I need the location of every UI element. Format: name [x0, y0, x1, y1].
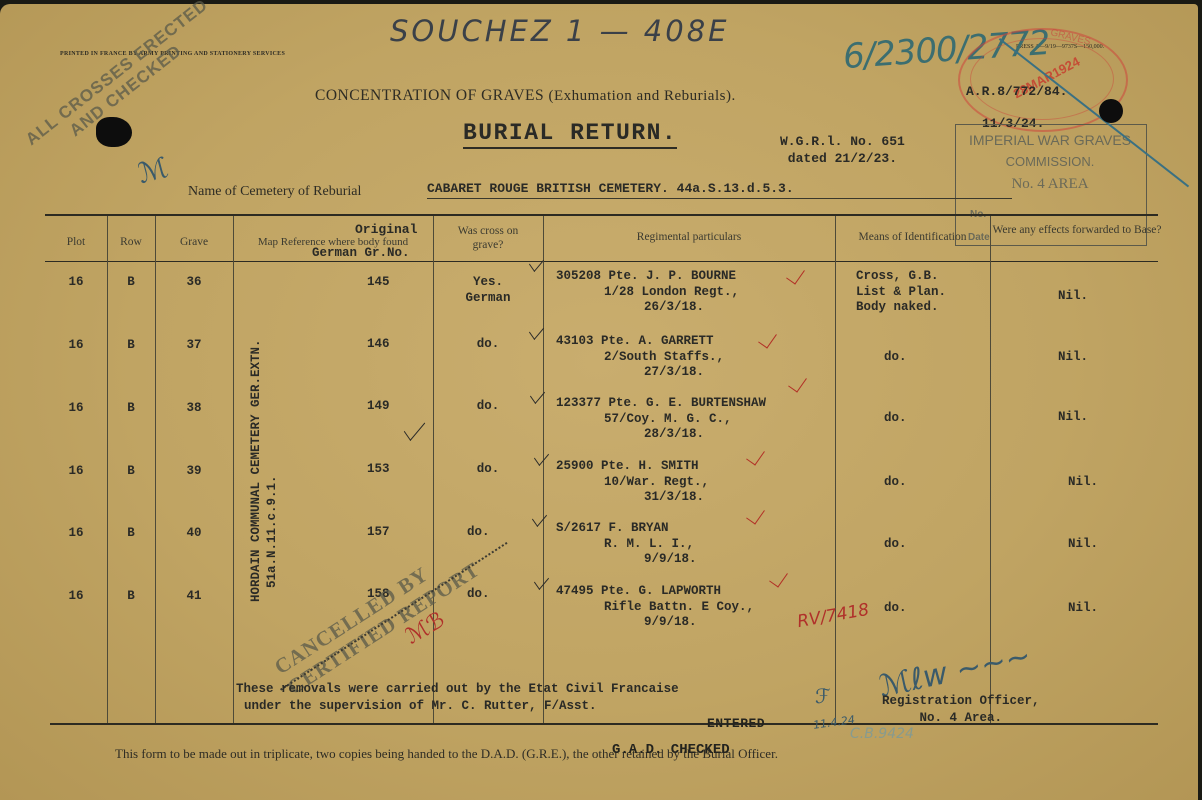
- red-tick-icon: [746, 445, 765, 465]
- map-reference-vertical: HORDAIN COMMUNAL CEMETERY GER.EXTN. 51a.…: [248, 339, 280, 602]
- soldier-name: 25900 Pte. H. SMITH: [556, 459, 709, 475]
- soldier-date: 9/9/18.: [556, 615, 754, 631]
- map-reference-cemetery: HORDAIN COMMUNAL CEMETERY GER.EXTN.: [248, 339, 264, 602]
- cross-cell: Yes. German: [443, 274, 533, 306]
- regimental-cell: S/2617 F. BRYAN R. M. L. I., 9/9/18.: [556, 521, 697, 568]
- column-header-plot: Plot: [45, 235, 107, 249]
- burial-return-document: PRINTED IN FRANCE BY ARMY PRINTING AND S…: [0, 4, 1198, 800]
- soldier-unit: 2/South Staffs.,: [556, 350, 724, 366]
- red-tick-icon: [746, 504, 765, 524]
- handwritten-location: SOUCHEZ 1 — 408E: [390, 14, 730, 48]
- form-title: CONCENTRATION OF GRAVES (Exhumation and …: [315, 87, 736, 105]
- identification-cell: do.: [884, 536, 907, 552]
- document-title: BURIAL RETURN.: [463, 120, 677, 149]
- identification-cell: Cross, G.B. List & Plan. Body naked.: [856, 269, 946, 316]
- grave-cell: 37: [155, 337, 233, 353]
- red-tick-icon: [788, 372, 807, 392]
- form-title-main: CONCENTRATION OF GRAVES: [315, 87, 544, 104]
- iwgc-stamp-line-2: COMMISSION.: [960, 154, 1140, 169]
- red-handwritten-reference: RV/7418: [796, 600, 871, 632]
- identification-cell: do.: [884, 410, 907, 426]
- plot-cell: 16: [45, 525, 107, 541]
- entered-stamp: ENTERED: [707, 716, 765, 731]
- column-header-grave: Grave: [155, 235, 233, 249]
- effects-cell: Nil.: [1058, 349, 1088, 365]
- column-header-identification: Means of Identification: [835, 230, 990, 244]
- initials-signature: ℳ: [134, 151, 171, 191]
- plot-cell: 16: [45, 337, 107, 353]
- row-cell: B: [107, 337, 155, 353]
- regimental-cell: 43103 Pte. A. GARRETT 2/South Staffs., 2…: [556, 334, 724, 381]
- column-header-regimental: Regimental particulars: [543, 230, 835, 244]
- soldier-date: 27/3/18.: [556, 365, 724, 381]
- form-title-sub: (Exhumation and Reburials).: [548, 88, 735, 104]
- signatory-title: Registration Officer,: [882, 693, 1040, 710]
- wgr-number: W.G.R.l. No. 651: [780, 133, 905, 150]
- identification-cell: do.: [884, 474, 907, 490]
- cross-cell: do.: [467, 586, 490, 602]
- removals-note-line: under the supervision of Mr. C. Rutter, …: [236, 698, 679, 715]
- plot-cell: 16: [45, 463, 107, 479]
- check-mark-icon: [404, 414, 425, 441]
- row-cell: B: [107, 588, 155, 604]
- regimental-cell: 47495 Pte. G. LAPWORTH Rifle Battn. E Co…: [556, 584, 754, 631]
- iwgc-stamp-line-1: IMPERIAL WAR GRAVES: [960, 132, 1140, 148]
- red-tick-icon: [758, 328, 777, 348]
- map-reference-grid: 51a.N.11.c.9.1.: [264, 339, 280, 602]
- soldier-unit: R. M. L. I.,: [556, 537, 697, 553]
- effects-cell: Nil.: [1058, 288, 1088, 304]
- identification-cell: do.: [884, 349, 907, 365]
- column-header-effects: Were any effects forwarded to Base?: [992, 223, 1162, 237]
- cancelled-stamp-line-1: CANCELLED BY: [270, 537, 471, 679]
- soldier-name: 47495 Pte. G. LAPWORTH: [556, 584, 754, 600]
- regimental-cell: 305208 Pte. J. P. BOURNE 1/28 London Reg…: [556, 269, 739, 316]
- identification-line: List & Plan.: [856, 285, 946, 301]
- red-tick-icon: [786, 264, 805, 284]
- plot-cell: 16: [45, 400, 107, 416]
- soldier-unit: 1/28 London Regt.,: [556, 285, 739, 301]
- cross-cell: do.: [443, 336, 533, 352]
- faint-blue-number: C.B.9424: [850, 726, 914, 742]
- column-divider: [543, 216, 544, 723]
- soldier-name: 305208 Pte. J. P. BOURNE: [556, 269, 739, 285]
- plot-cell: 16: [45, 588, 107, 604]
- column-header-cross: Was cross on grave?: [443, 224, 533, 252]
- identification-line: Cross, G.B.: [856, 269, 946, 285]
- wgr-reference: W.G.R.l. No. 651 dated 21/2/23.: [780, 133, 905, 167]
- dotted-signature-line: [280, 542, 508, 691]
- cross-cell: do.: [467, 524, 490, 540]
- effects-cell: Nil.: [1068, 600, 1098, 616]
- wgr-date: dated 21/2/23.: [780, 150, 905, 167]
- table-header-rule: [45, 261, 1158, 262]
- soldier-unit: Rifle Battn. E Coy.,: [556, 600, 754, 616]
- grave-cell: 38: [155, 400, 233, 416]
- cemetery-label: Name of Cemetery of Reburial: [188, 184, 361, 200]
- row-cell: B: [107, 274, 155, 290]
- date-initials: ℱ: [815, 684, 831, 708]
- german-number-cell: 157: [367, 524, 390, 540]
- registration-officer: Registration Officer, No. 4 Area.: [882, 693, 1040, 727]
- plot-cell: 16: [45, 274, 107, 290]
- row-cell: B: [107, 525, 155, 541]
- soldier-date: 26/3/18.: [556, 300, 739, 316]
- punch-hole-right: [1099, 99, 1123, 123]
- grave-cell: 41: [155, 588, 233, 604]
- german-number-cell: 149: [367, 398, 390, 414]
- regimental-cell: 25900 Pte. H. SMITH 10/War. Regt., 31/3/…: [556, 459, 709, 506]
- german-number-cell: 153: [367, 461, 390, 477]
- original-label: Original: [355, 222, 417, 237]
- soldier-unit: 10/War. Regt.,: [556, 475, 709, 491]
- removals-note-line: These removals were carried out by the E…: [236, 681, 679, 698]
- row-cell: B: [107, 463, 155, 479]
- red-tick-icon: [769, 567, 788, 587]
- cross-cell: do.: [443, 461, 533, 477]
- check-mark-icon: [534, 447, 549, 466]
- cross-type: German: [443, 290, 533, 306]
- signatory-area: No. 4 Area.: [882, 710, 1040, 727]
- column-divider: [835, 216, 836, 723]
- cemetery-name: CABARET ROUGE BRITISH CEMETERY. 44a.S.13…: [427, 181, 1012, 199]
- removals-note: These removals were carried out by the E…: [236, 681, 679, 715]
- soldier-date: 28/3/18.: [556, 427, 766, 443]
- row-cell: B: [107, 400, 155, 416]
- crosses-stamp-line-2: AND CHECKED: [34, 11, 224, 166]
- regimental-cell: 123377 Pte. G. E. BURTENSHAW 57/Coy. M. …: [556, 396, 766, 443]
- german-number-cell: 146: [367, 336, 390, 352]
- effects-cell: Nil.: [1068, 536, 1098, 552]
- identification-cell: do.: [884, 600, 907, 616]
- german-grave-number-label: German Gr.No.: [312, 246, 410, 260]
- effects-cell: Nil.: [1068, 474, 1098, 490]
- check-mark-icon: [534, 571, 549, 590]
- table-top-rule: [45, 214, 1158, 216]
- cross-cell: do.: [443, 398, 533, 414]
- check-mark-icon: [529, 253, 544, 272]
- column-divider: [433, 216, 434, 723]
- soldier-name: S/2617 F. BRYAN: [556, 521, 697, 537]
- ar-reference: A.R.8/772/84.: [966, 84, 1067, 99]
- soldier-date: 31/3/18.: [556, 490, 709, 506]
- check-mark-icon: [532, 508, 547, 527]
- soldier-name: 123377 Pte. G. E. BURTENSHAW: [556, 396, 766, 412]
- grave-cell: 39: [155, 463, 233, 479]
- column-divider: [233, 216, 234, 723]
- grave-cell: 36: [155, 274, 233, 290]
- soldier-date: 9/9/18.: [556, 552, 697, 568]
- soldier-name: 43103 Pte. A. GARRETT: [556, 334, 724, 350]
- soldier-unit: 57/Coy. M. G. C.,: [556, 412, 766, 428]
- grave-cell: 40: [155, 525, 233, 541]
- effects-cell: Nil.: [1058, 409, 1088, 425]
- cross-value: Yes.: [443, 274, 533, 290]
- gad-checked-stamp: G.A.D. CHECKED: [612, 742, 730, 758]
- german-number-cell: 145: [367, 274, 390, 290]
- identification-line: Body naked.: [856, 300, 946, 316]
- column-header-row: Row: [107, 235, 155, 249]
